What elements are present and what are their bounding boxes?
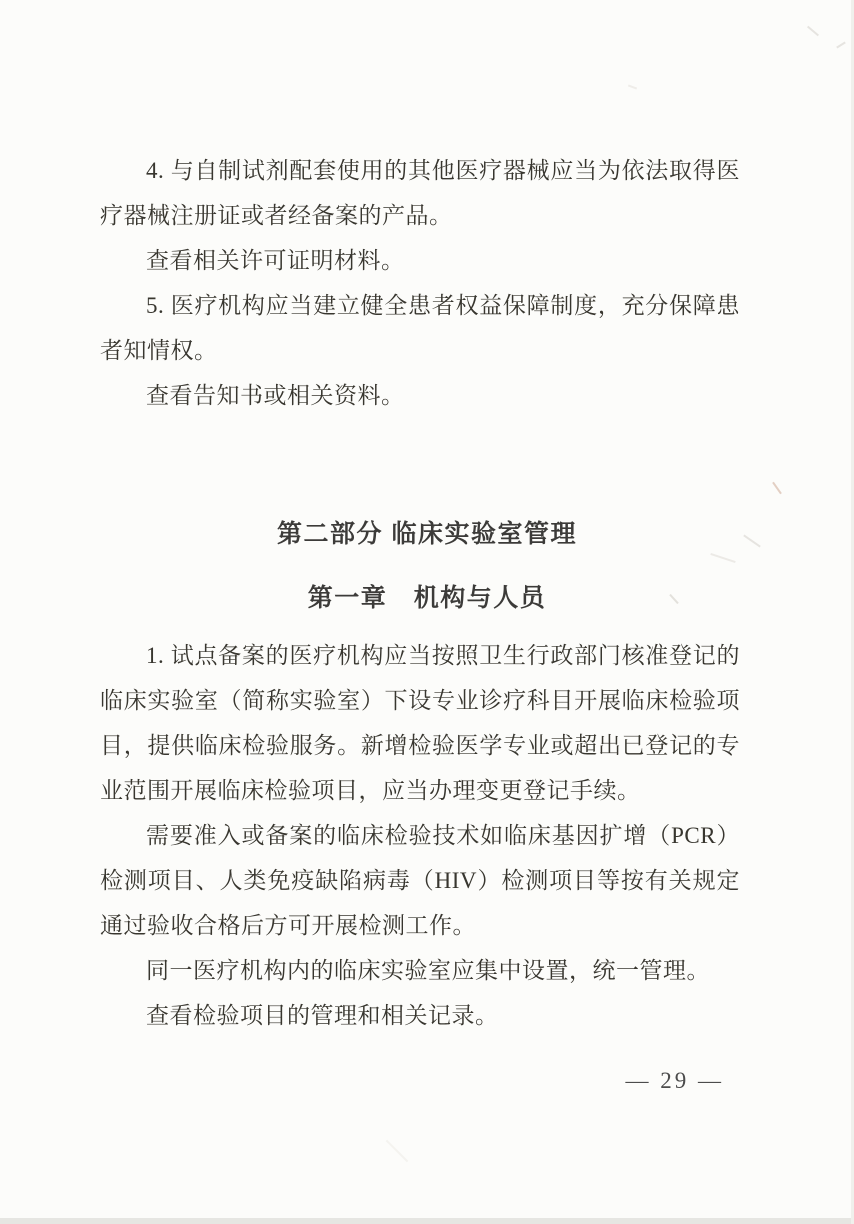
paragraph-pcr-hiv: 需要准入或备案的临床检验技术如临床基因扩增（PCR）检测项目、人类免疫缺陷病毒（… <box>100 813 740 948</box>
section-heading: 第二部分 临床实验室管理 <box>0 514 854 550</box>
paragraph-centralized: 同一医疗机构内的临床实验室应集中设置，统一管理。 <box>100 948 740 993</box>
paragraph-item-4: 4. 与自制试剂配套使用的其他医疗器械应当为依法取得医疗器械注册证或者经备案的产… <box>100 148 740 238</box>
scan-smudge <box>386 1140 409 1163</box>
scan-smudge <box>807 26 819 37</box>
scan-smudge <box>836 42 846 49</box>
scan-edge-shadow <box>0 1218 854 1224</box>
page-number: — 29 — <box>626 1068 725 1093</box>
chapter-heading: 第一章 机构与人员 <box>0 578 854 614</box>
document-page: 4. 与自制试剂配套使用的其他医疗器械应当为依法取得医疗器械注册证或者经备案的产… <box>0 0 854 1224</box>
paragraph-check-notice: 查看告知书或相关资料。 <box>100 373 740 418</box>
paragraph-item-1: 1. 试点备案的医疗机构应当按照卫生行政部门核准登记的临床实验室（简称实验室）下… <box>100 633 740 813</box>
paragraph-check-records: 查看检验项目的管理和相关记录。 <box>100 993 740 1038</box>
paragraph-item-5: 5. 医疗机构应当建立健全患者权益保障制度，充分保障患者知情权。 <box>100 283 740 373</box>
scan-smudge <box>772 482 782 495</box>
scan-smudge <box>710 553 735 563</box>
scan-smudge <box>628 85 637 90</box>
page-footer: — 29 — <box>626 1068 725 1094</box>
intro-paragraphs: 4. 与自制试剂配套使用的其他医疗器械应当为依法取得医疗器械注册证或者经备案的产… <box>100 148 740 418</box>
paragraph-check-materials: 查看相关许可证明材料。 <box>100 238 740 283</box>
body-paragraphs: 1. 试点备案的医疗机构应当按照卫生行政部门核准登记的临床实验室（简称实验室）下… <box>100 633 740 1038</box>
